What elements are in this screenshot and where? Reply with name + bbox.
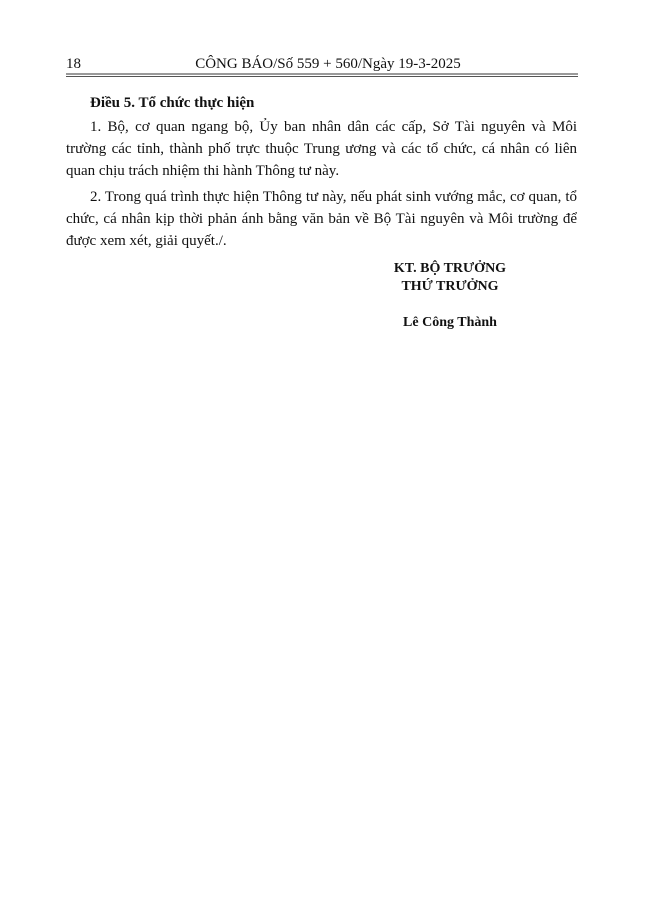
signature-block: KT. BỘ TRƯỞNG THỨ TRƯỞNG Lê Công Thành bbox=[370, 260, 530, 332]
article-paragraph-1: 1. Bộ, cơ quan ngang bộ, Ủy ban nhân dân… bbox=[66, 116, 577, 182]
signature-title: KT. BỘ TRƯỞNG bbox=[370, 260, 530, 278]
article-paragraph-2: 2. Trong quá trình thực hiện Thông tư nà… bbox=[66, 186, 577, 252]
header-rule-bottom bbox=[66, 76, 578, 77]
header-rule-top bbox=[66, 73, 578, 75]
signature-position: THỨ TRƯỞNG bbox=[370, 278, 530, 296]
page-header: 18 CÔNG BÁO/Số 559 + 560/Ngày 19-3-2025 bbox=[66, 55, 578, 73]
gazette-title: CÔNG BÁO/Số 559 + 560/Ngày 19-3-2025 bbox=[66, 55, 578, 73]
signatory-name: Lê Công Thành bbox=[370, 314, 530, 332]
article-heading: Điều 5. Tổ chức thực hiện bbox=[66, 92, 577, 114]
document-body: Điều 5. Tổ chức thực hiện 1. Bộ, cơ quan… bbox=[66, 92, 577, 256]
